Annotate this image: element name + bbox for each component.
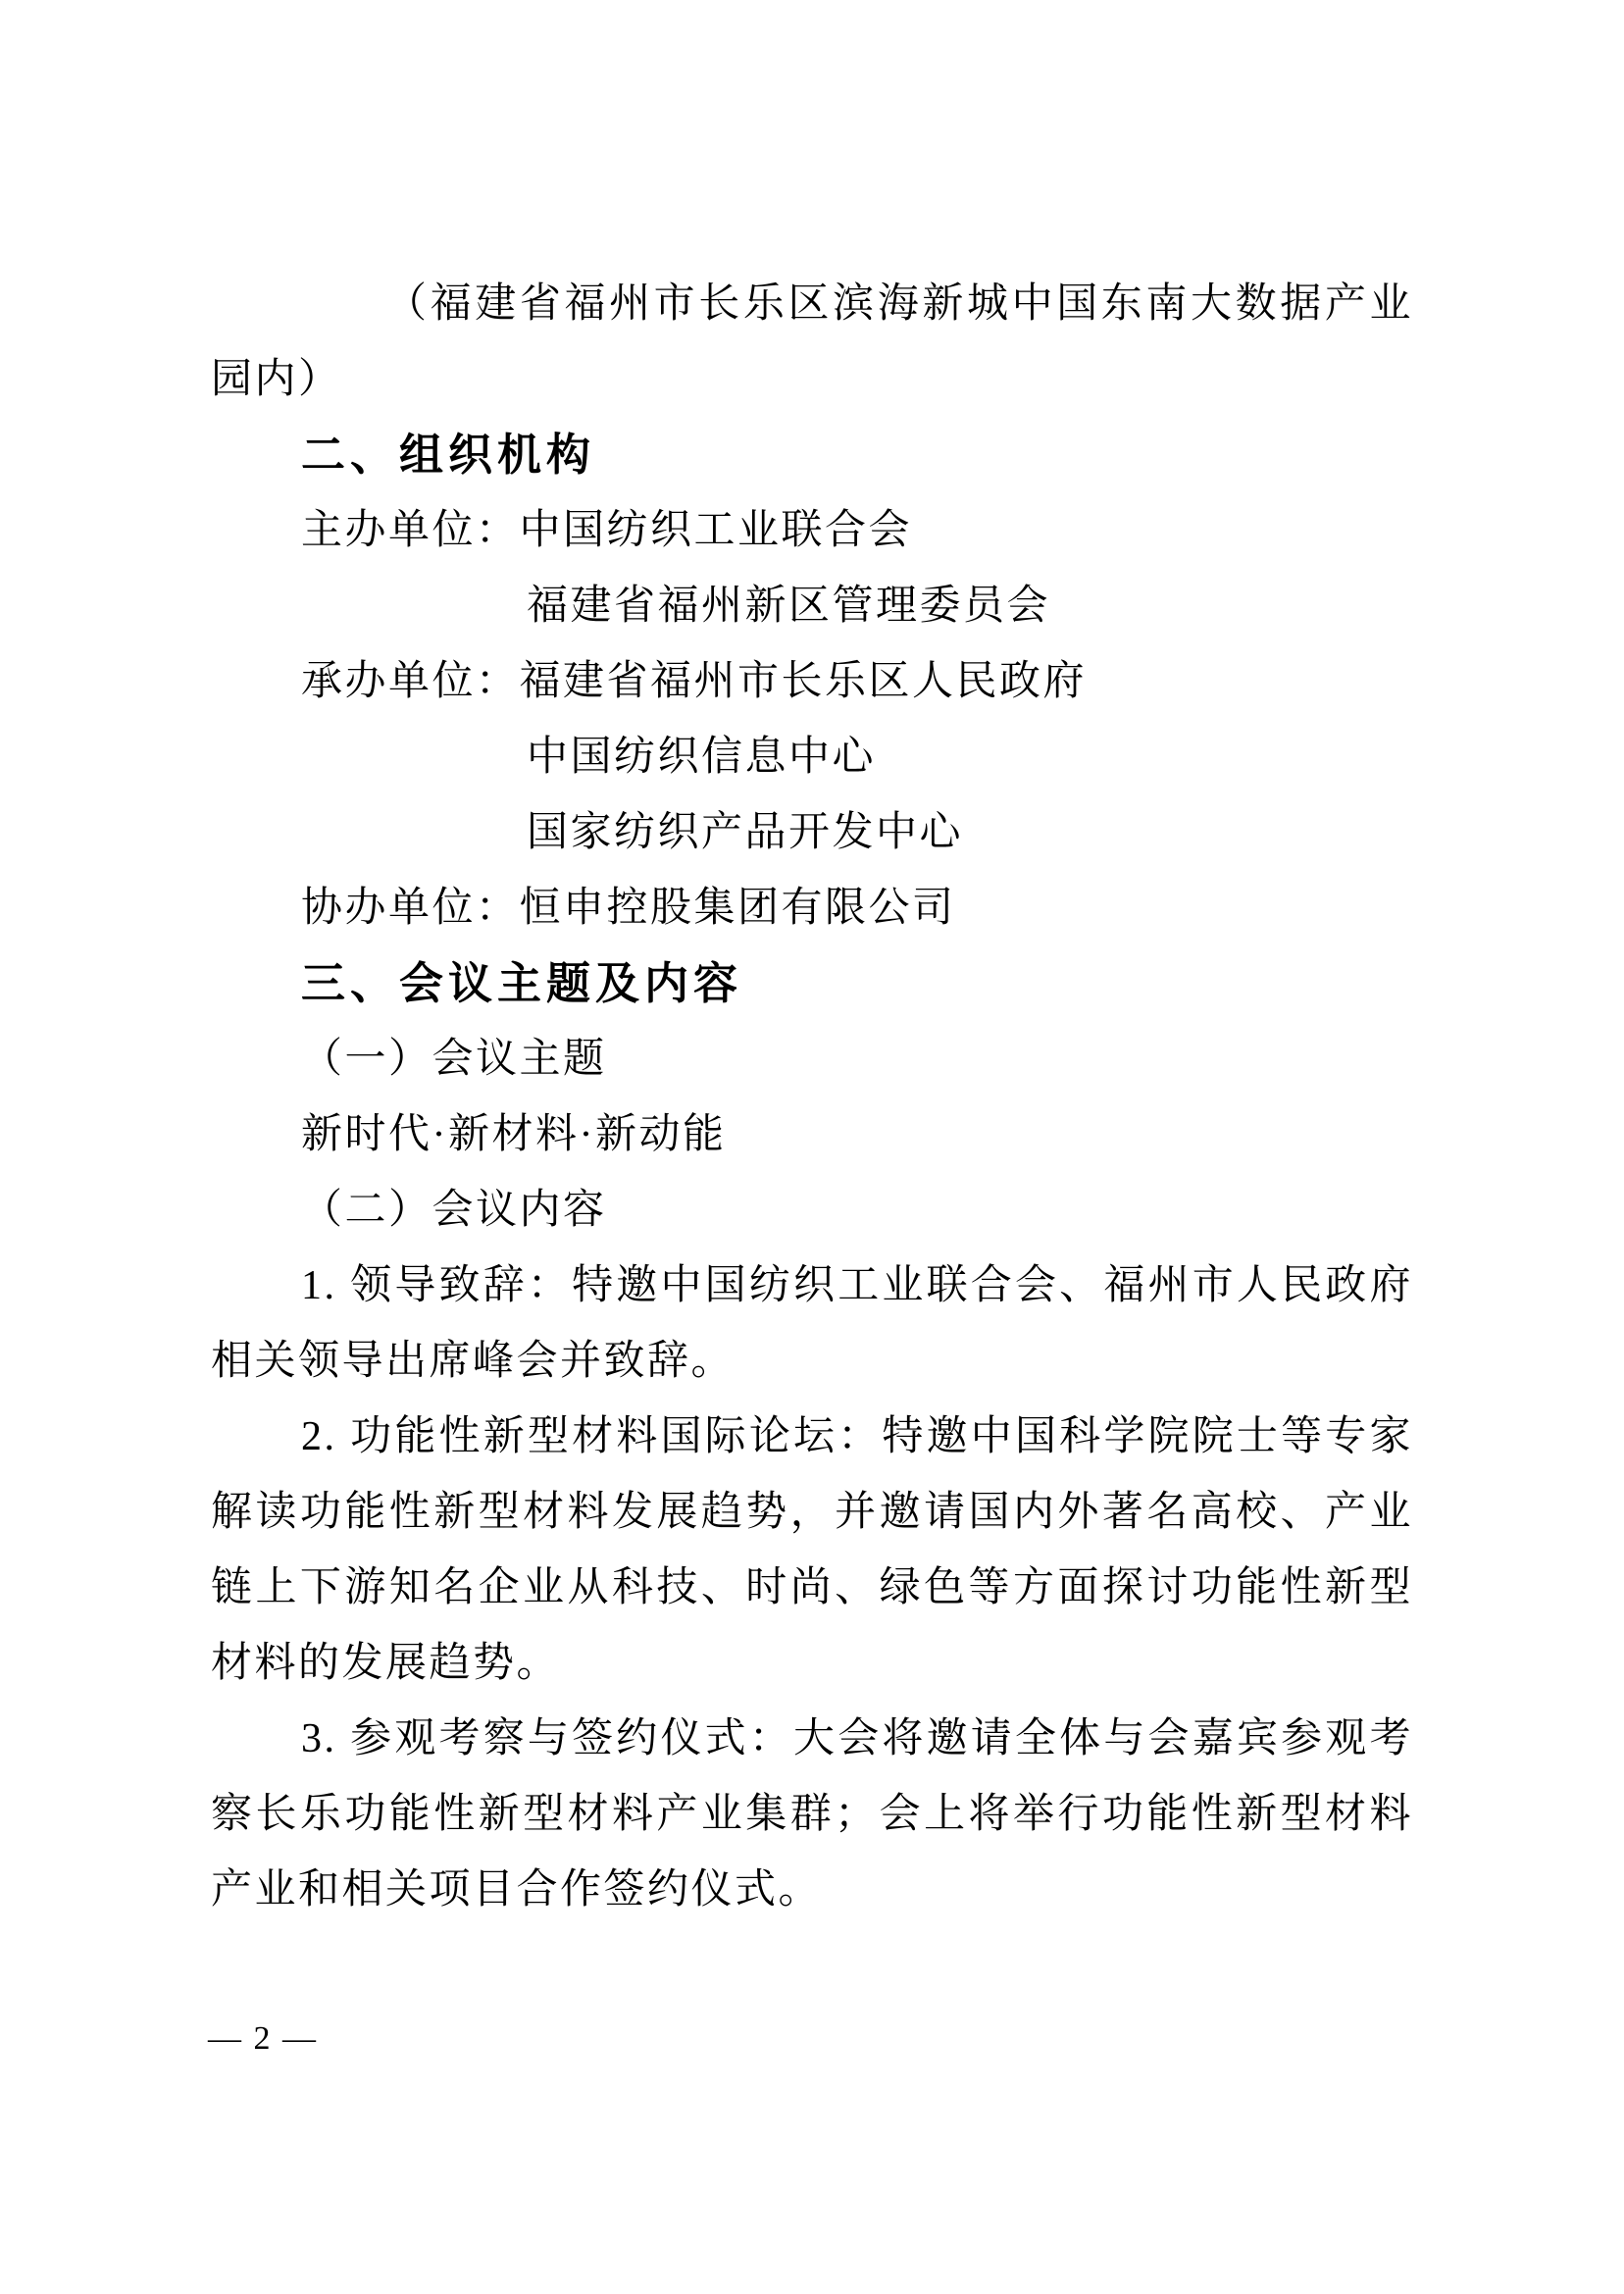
venue-note-line-1: （福建省福州市长乐区滨海新城中国东南大数据产业 [211, 267, 1413, 342]
document-page: （福建省福州市长乐区滨海新城中国东南大数据产业园内）二、组织机构主办单位：中国纺… [0, 0, 1624, 2294]
host-unit-line-2: 福建省福州新区管理委员会 [211, 569, 1413, 644]
organizer-unit-line-3: 国家纺织产品开发中心 [211, 795, 1413, 871]
heading-section-3: 三、会议主题及内容 [211, 946, 1413, 1022]
host-unit-line-1: 主办单位：中国纺织工业联合会 [211, 493, 1413, 569]
item-1-line-2: 相关领导出席峰会并致辞。 [211, 1324, 1413, 1400]
item-3-line-3: 产业和相关项目合作签约仪式。 [211, 1853, 1413, 1928]
item-1-line-1: 1. 领导致辞：特邀中国纺织工业联合会、福州市人民政府 [211, 1249, 1413, 1324]
page-number: — 2 — [208, 2020, 318, 2058]
document-body: （福建省福州市长乐区滨海新城中国东南大数据产业园内）二、组织机构主办单位：中国纺… [211, 267, 1413, 1928]
subheading-content: （二）会议内容 [211, 1173, 1413, 1249]
venue-note-line-2: 园内） [211, 342, 1413, 418]
item-2-line-2: 解读功能性新型材料发展趋势，并邀请国内外著名高校、产业 [211, 1475, 1413, 1551]
theme-text: 新时代·新材料·新动能 [211, 1097, 1413, 1173]
organizer-unit-line-2: 中国纺织信息中心 [211, 720, 1413, 795]
item-2-line-3: 链上下游知名企业从科技、时尚、绿色等方面探讨功能性新型 [211, 1551, 1413, 1626]
item-3-line-1: 3. 参观考察与签约仪式：大会将邀请全体与会嘉宾参观考 [211, 1702, 1413, 1777]
heading-section-2: 二、组织机构 [211, 418, 1413, 493]
subheading-theme: （一）会议主题 [211, 1022, 1413, 1097]
item-2-line-4: 材料的发展趋势。 [211, 1626, 1413, 1702]
co-organizer-unit-line: 协办单位：恒申控股集团有限公司 [211, 871, 1413, 946]
organizer-unit-line-1: 承办单位：福建省福州市长乐区人民政府 [211, 644, 1413, 720]
item-3-line-2: 察长乐功能性新型材料产业集群；会上将举行功能性新型材料 [211, 1777, 1413, 1853]
item-2-line-1: 2. 功能性新型材料国际论坛：特邀中国科学院院士等专家 [211, 1400, 1413, 1475]
